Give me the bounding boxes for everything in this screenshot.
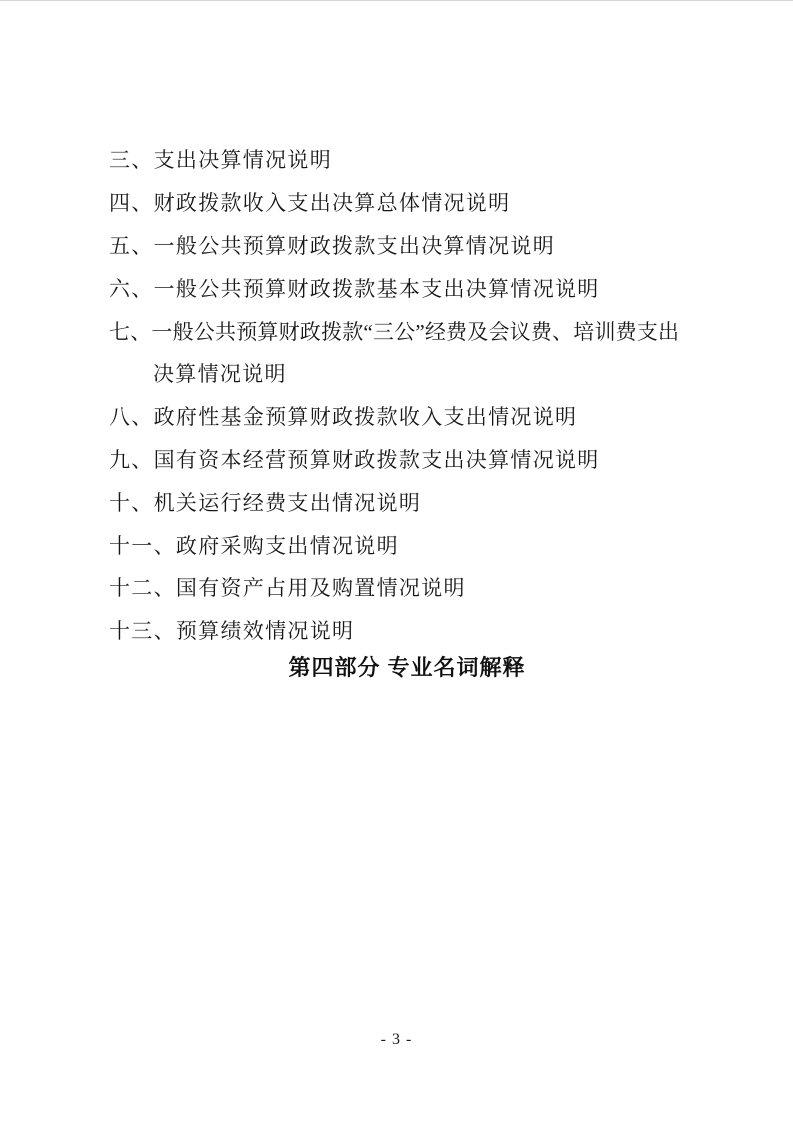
toc-item-seven-line2: 决算情况说明 — [109, 352, 709, 395]
toc-item-twelve: 十二、国有资产占用及购置情况说明 — [109, 566, 709, 609]
toc-item-six: 六、一般公共预算财政拨款基本支出决算情况说明 — [109, 266, 709, 309]
toc-list: 三、支出决算情况说明 四、财政拨款收入支出决算总体情况说明 五、一般公共预算财政… — [109, 138, 709, 652]
section-heading: 第四部分 专业名词解释 — [109, 645, 705, 688]
toc-item-ten: 十、机关运行经费支出情况说明 — [109, 480, 709, 523]
toc-item-five: 五、一般公共预算财政拨款支出决算情况说明 — [109, 224, 709, 267]
toc-item-eleven: 十一、政府采购支出情况说明 — [109, 523, 709, 566]
toc-item-nine: 九、国有资本经营预算财政拨款支出决算情况说明 — [109, 438, 709, 481]
toc-item-three: 三、支出决算情况说明 — [109, 138, 709, 181]
scan-edge-artifact — [0, 0, 793, 1]
page-number: - 3 - — [0, 1031, 793, 1049]
document-page: 三、支出决算情况说明 四、财政拨款收入支出决算总体情况说明 五、一般公共预算财政… — [0, 0, 793, 1122]
toc-item-four: 四、财政拨款收入支出决算总体情况说明 — [109, 181, 709, 224]
toc-item-seven-line1: 七、一般公共预算财政拨款“三公”经费及会议费、培训费支出 — [109, 309, 709, 352]
toc-item-eight: 八、政府性基金预算财政拨款收入支出情况说明 — [109, 395, 709, 438]
